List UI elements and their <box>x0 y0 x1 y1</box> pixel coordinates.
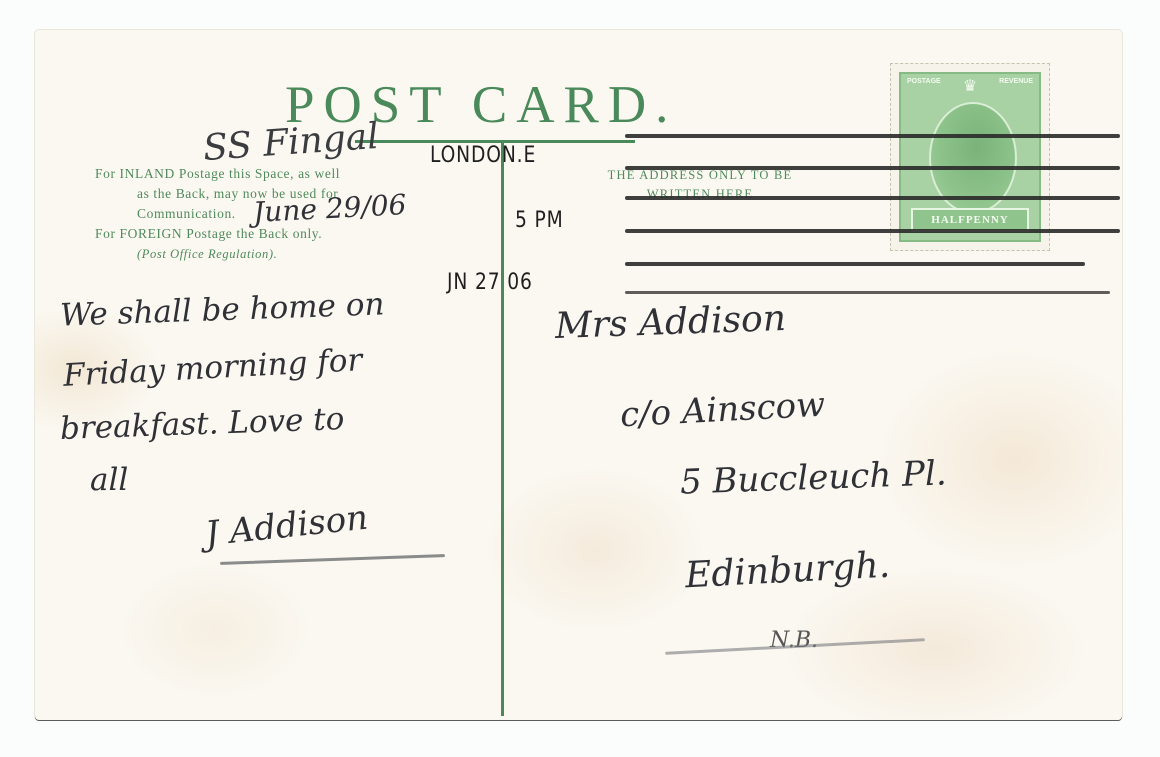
address-line-2: c/o Ainscow <box>619 385 826 436</box>
stamp-revenue-label: REVENUE <box>999 78 1033 85</box>
message-line-3: breakfast. Love to <box>59 401 344 447</box>
message-line-1: We shall be home on <box>59 286 385 333</box>
cancel-line <box>625 229 1120 233</box>
address-label-line-2: WRITTEN HERE <box>550 185 850 204</box>
message-line-4: all <box>90 462 128 498</box>
postmark-date: JN 27 06 <box>447 270 533 295</box>
postcard: POST CARD. For INLAND Postage this Space… <box>35 30 1122 720</box>
cancel-line <box>625 134 1120 138</box>
cancel-line <box>625 291 1110 294</box>
handwritten-ship-name: SS Fingal <box>202 116 380 169</box>
address-line-4: Edinburgh. <box>684 545 891 597</box>
cancel-line <box>625 166 1120 170</box>
crown-icon: ♛ <box>963 76 977 96</box>
stamp-postage-label: POSTAGE <box>907 78 941 85</box>
signature: J Addison <box>203 498 370 555</box>
halfpenny-stamp: POSTAGE REVENUE ♛ HALFPENNY <box>890 63 1050 251</box>
postmark-city: LONDON.E <box>430 143 536 168</box>
signature-flourish <box>220 554 445 565</box>
address-line-3: 5 Buccleuch Pl. <box>679 453 947 502</box>
center-divider <box>501 143 504 716</box>
stamp-design: POSTAGE REVENUE ♛ HALFPENNY <box>899 72 1041 242</box>
cancel-line <box>625 196 1120 200</box>
notice-line-1: For INLAND Postage this Space, as well <box>95 164 455 184</box>
cancel-line <box>625 262 1085 266</box>
message-line-2: Friday morning for <box>62 342 363 394</box>
notice-line-5: (Post Office Regulation). <box>95 244 455 264</box>
postmark-time: 5 PM <box>515 208 564 233</box>
address-flourish: N.B. <box>770 628 818 653</box>
address-line-1: Mrs Addison <box>554 298 786 347</box>
